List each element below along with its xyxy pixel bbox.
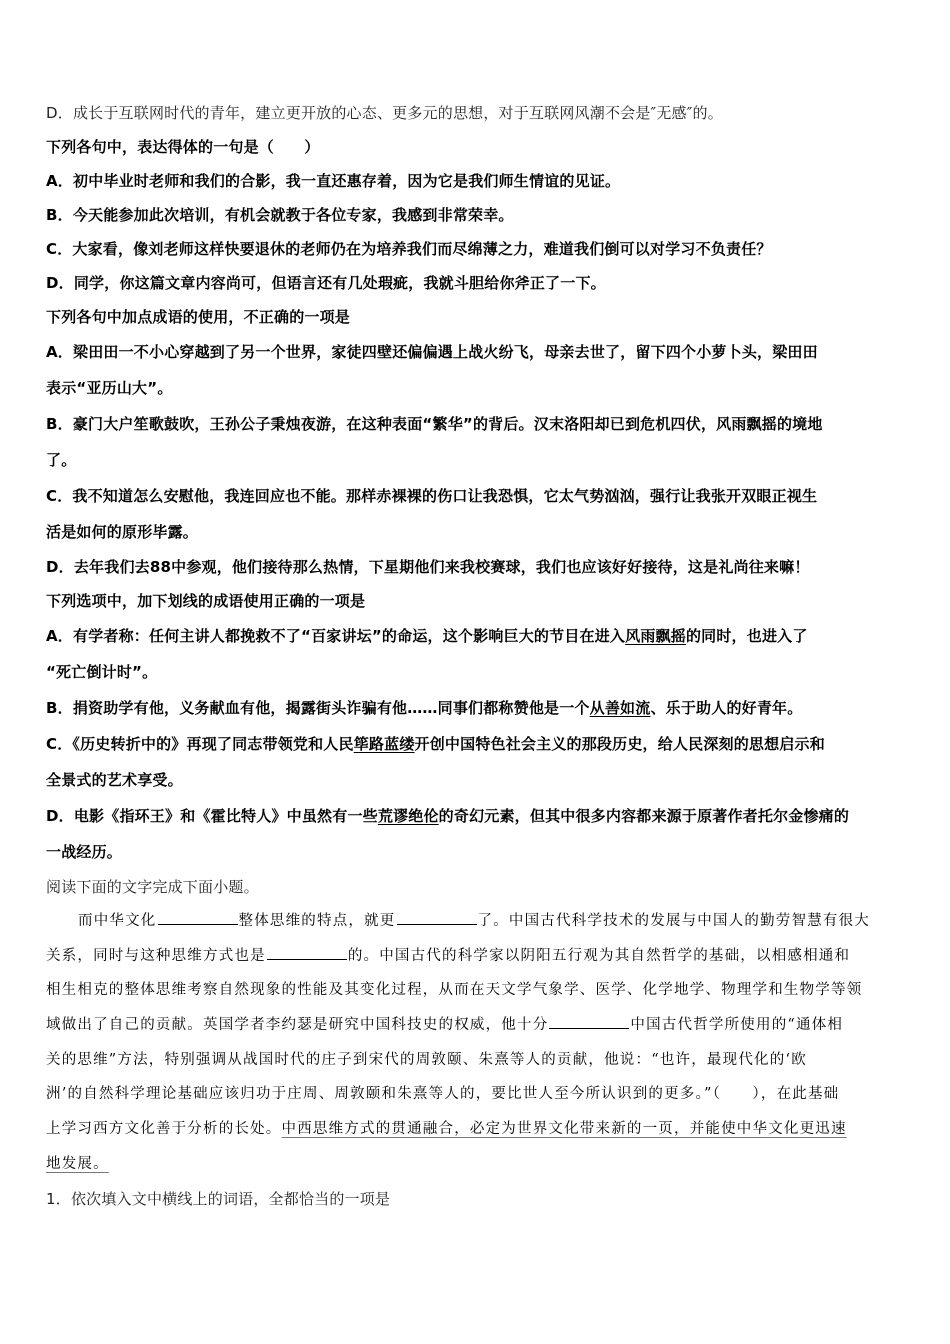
fill-blank-3 (267, 945, 347, 960)
underlined-idiom: 风雨飘摇 (625, 627, 686, 645)
fill-blank-4 (549, 1014, 629, 1029)
option-a: A．初中毕业时老师和我们的合影，我一直还惠存着，因为它是我们师生情谊的见证。 (46, 164, 908, 198)
passage-line-6: 洲’的自然科学理论基础应该归功于庄周、周敦颐和朱熹等人的，要比世人至今所认识到的… (46, 1077, 908, 1112)
option-a-line2: “死亡倒计时”。 (46, 654, 908, 690)
passage-line-2: 关系，同时与这种思维方式也是的。中国古代的科学家以阴阳五行观为其自然哲学的基础，… (46, 939, 908, 974)
passage-line-3: 相生相克的整体思维考察自然现象的性能及其变化过程，从而在天文学气象学、医学、化学… (46, 973, 908, 1008)
fill-blank-2 (397, 910, 477, 925)
option-b: B．今天能参加此次培训，有机会就教于各位专家，我感到非常荣幸。 (46, 198, 908, 232)
option-a-line1: A．梁田田一不小心穿越到了另一个世界，家徒四壁还偏偏遇上战火纷飞，母亲去世了，留… (46, 334, 908, 370)
option-d-line1: D．去年我们去88中参观，他们接待那么热情，下星期他们来我校赛球，我们也应该好好… (46, 550, 908, 584)
option-c-line1: C．我不知道怎么安慰他，我连回应也不能。那样赤裸裸的伤口让我恐惧，它太气势汹汹，… (46, 478, 908, 514)
underlined-sentence: 中西思维方式的贯通融合，必定为世界文化带来新的一页，并能使中华文化更迅速 (282, 1121, 847, 1137)
option-a-line2: 表示“亚历山大”。 (46, 370, 908, 406)
question-idiom-right-stem: 下列选项中，加下划线的成语使用正确的一项是 (46, 584, 908, 618)
underlined-sentence-end: 地发展。 (46, 1156, 109, 1172)
option-c: C．大家看，像刘老师这样快要退休的老师仍在为培养我们而尽绵薄之力，难道我们倒可以… (46, 232, 908, 266)
option-c-line1: C．《历史转折中的》再现了同志带领党和人民筚路蓝缕开创中国特色社会主义的那段历史… (46, 726, 908, 762)
option-b-line1: B．捐资助学有他，义务献血有他，揭露街头诈骗有他……同事们都称赞他是一个从善如流… (46, 690, 908, 726)
passage-line-4: 域做出了自己的贡献。英国学者李约瑟是研究中国科技史的权威，他十分中国古代哲学所使… (46, 1008, 908, 1043)
option-d-line1: D．电影《指环王》和《霍比特人》中虽然有一些荒谬绝伦的奇幻元素，但其中很多内容都… (46, 798, 908, 834)
option-d: D．同学，你这篇文章内容尚可，但语言还有几处瑕疵，我就斗胆给你斧正了一下。 (46, 266, 908, 300)
option-a-line1: A．有学者称：任何主讲人都挽救不了“百家讲坛”的命运，这个影响巨大的节目在进入风… (46, 618, 908, 654)
question-1-stem: 1．依次填入文中横线上的词语，全都恰当的一项是 (46, 1182, 908, 1216)
option-c-line2: 全景式的艺术享受。 (46, 762, 908, 798)
underlined-idiom: 从善如流 (590, 699, 651, 717)
option-b-line2: 了。 (46, 442, 908, 478)
option-c-line2: 活是如何的原形毕露。 (46, 514, 908, 550)
option-d-line2: 一战经历。 (46, 834, 908, 870)
underlined-idiom: 筚路蓝缕 (354, 735, 415, 753)
reading-intro: 阅读下面的文字完成下面小题。 (46, 870, 908, 904)
passage-line-1: 而中华文化整体思维的特点，就更了。中国古代科学技术的发展与中国人的勤劳智慧有很大 (46, 904, 908, 939)
option-b-line1: B．豪门大户笙歌鼓吹，王孙公子秉烛夜游，在这种表面“繁华”的背后。汉末洛阳却已到… (46, 406, 908, 442)
passage-line-5: 关的思维”方法，特别强调从战国时代的庄子到宋代的周敦颐、朱熹等人的贡献，他说：“… (46, 1043, 908, 1078)
document-page: D．成长于互联网时代的青年，建立更开放的心态、更多元的思想，对于互联网风潮不会是… (46, 96, 908, 1216)
passage-line-8: 地发展。 (46, 1147, 908, 1182)
fill-blank-1 (158, 910, 238, 925)
underlined-idiom: 荒谬绝伦 (378, 807, 439, 825)
question-idiom-wrong-stem: 下列各句中加点成语的使用，不正确的一项是 (46, 300, 908, 334)
passage-line-7: 上学习西方文化善于分析的长处。中西思维方式的贯通融合，必定为世界文化带来新的一页… (46, 1112, 908, 1147)
prev-option-d: D．成长于互联网时代的青年，建立更开放的心态、更多元的思想，对于互联网风潮不会是… (46, 96, 908, 130)
question-appropriate-stem: 下列各句中，表达得体的一句是（ ） (46, 130, 908, 164)
